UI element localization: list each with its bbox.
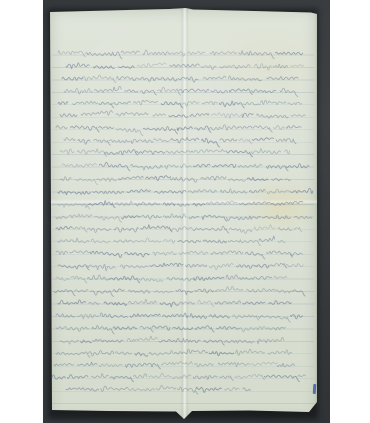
script-word-stroke [193, 164, 210, 167]
script-word-stroke [194, 277, 224, 281]
script-word-stroke [291, 315, 303, 319]
script-word-stroke [67, 375, 88, 379]
script-word-stroke [201, 176, 226, 180]
script-word-stroke [119, 66, 135, 68]
script-word-stroke [159, 338, 180, 342]
script-word-stroke [110, 376, 133, 381]
script-word-stroke [219, 101, 244, 108]
blue-ink-edge-mark [313, 384, 316, 394]
script-line [58, 299, 291, 307]
script-word-stroke [204, 340, 225, 345]
script-word-stroke [136, 151, 165, 155]
script-word-stroke [58, 102, 68, 105]
script-word-stroke [56, 126, 67, 129]
script-word-stroke [267, 251, 293, 257]
script-line [56, 275, 287, 283]
script-word-stroke [97, 178, 117, 182]
script-word-stroke [93, 339, 123, 342]
script-word-stroke [273, 64, 288, 68]
script-word-stroke [91, 239, 110, 243]
script-line [58, 188, 313, 194]
script-word-stroke [77, 149, 106, 156]
script-word-stroke [130, 314, 160, 317]
script-word-stroke [127, 190, 150, 193]
script-word-stroke [238, 164, 262, 167]
script-word-stroke [88, 201, 115, 208]
script-word-stroke [239, 202, 270, 205]
script-word-stroke [226, 275, 240, 279]
script-line [54, 362, 294, 369]
script-word-stroke [170, 64, 200, 67]
script-word-stroke [82, 75, 116, 82]
script-word-stroke [109, 140, 130, 143]
script-word-stroke [246, 289, 275, 293]
photo-background [43, 0, 330, 423]
script-word-stroke [211, 251, 243, 254]
script-word-stroke [171, 227, 192, 232]
script-word-stroke [254, 225, 275, 231]
script-word-stroke [269, 327, 285, 330]
script-word-stroke [56, 327, 88, 332]
script-word-stroke [287, 164, 310, 168]
script-word-stroke [115, 201, 132, 205]
script-line [58, 100, 301, 108]
script-line [58, 236, 285, 245]
script-word-stroke [81, 340, 92, 343]
script-word-stroke [229, 228, 252, 234]
script-word-stroke [101, 386, 128, 391]
script-word-stroke [193, 203, 205, 206]
script-word-stroke [181, 338, 201, 342]
script-word-stroke [58, 300, 86, 304]
script-word-stroke [195, 126, 212, 132]
script-word-stroke [274, 126, 285, 130]
script-word-stroke [95, 86, 122, 92]
script-word-stroke [220, 139, 237, 142]
script-word-stroke [88, 264, 115, 271]
script-word-stroke [137, 63, 166, 67]
script-word-stroke [189, 216, 199, 218]
script-word-stroke [211, 90, 227, 93]
script-word-stroke [60, 149, 74, 154]
script-word-stroke [58, 51, 85, 57]
script-word-stroke [294, 227, 302, 231]
script-word-stroke [152, 326, 170, 330]
script-word-stroke [58, 238, 89, 242]
script-word-stroke [252, 90, 276, 93]
script-word-stroke [90, 251, 122, 257]
script-word-stroke [56, 314, 75, 317]
script-line [56, 349, 292, 357]
script-word-stroke [87, 228, 111, 233]
script-word-stroke [215, 286, 242, 291]
script-word-stroke [140, 90, 156, 95]
script-word-stroke [132, 238, 161, 243]
script-line [56, 225, 302, 234]
script-word-stroke [202, 215, 227, 221]
script-line [60, 149, 290, 157]
script-line [56, 125, 301, 136]
script-word-stroke [193, 375, 217, 379]
script-word-stroke [285, 150, 290, 154]
script-line [62, 75, 298, 82]
script-word-stroke [244, 102, 260, 105]
script-word-stroke [131, 139, 153, 143]
script-word-stroke [264, 375, 299, 381]
script-word-stroke [73, 101, 98, 104]
script-word-stroke [135, 353, 148, 357]
script-word-stroke [116, 128, 143, 135]
script-word-stroke [183, 101, 199, 106]
script-word-stroke [58, 191, 90, 195]
script-word-stroke [104, 302, 127, 306]
script-line [64, 86, 298, 96]
script-word-stroke [157, 87, 180, 95]
script-word-stroke [151, 77, 177, 80]
script-word-stroke [210, 51, 236, 55]
script-word-stroke [66, 388, 99, 391]
script-word-stroke [261, 100, 286, 104]
script-word-stroke [236, 349, 265, 355]
script-word-stroke [203, 76, 225, 79]
script-word-stroke [113, 102, 131, 105]
script-word-stroke [154, 139, 169, 142]
script-word-stroke [54, 290, 75, 296]
script-word-stroke [186, 264, 207, 267]
script-word-stroke [56, 216, 68, 219]
script-word-stroke [216, 326, 238, 329]
script-word-stroke [241, 276, 272, 279]
script-word-stroke [202, 102, 217, 105]
script-word-stroke [213, 164, 236, 167]
script-word-stroke [235, 374, 265, 379]
script-word-stroke [269, 301, 291, 305]
script-word-stroke [119, 176, 144, 180]
script-word-stroke [179, 302, 194, 304]
script-word-stroke [257, 338, 283, 344]
letter-paper [49, 8, 317, 420]
script-word-stroke [196, 387, 221, 392]
script-word-stroke [120, 265, 148, 269]
script-word-stroke [268, 350, 292, 355]
script-word-stroke [95, 216, 122, 222]
script-word-stroke [233, 315, 259, 320]
script-word-stroke [52, 375, 65, 379]
script-word-stroke [81, 111, 112, 116]
script-word-stroke [114, 240, 132, 243]
script-word-stroke [141, 225, 173, 232]
script-word-stroke [291, 115, 305, 117]
script-word-stroke [129, 388, 155, 390]
script-word-stroke [150, 263, 183, 267]
script-word-stroke [160, 302, 178, 307]
script-word-stroke [62, 164, 97, 168]
script-word-stroke [206, 201, 237, 205]
script-word-stroke [280, 88, 298, 96]
script-word-stroke [298, 375, 305, 376]
script-word-stroke [172, 52, 185, 56]
script-word-stroke [224, 340, 254, 343]
script-word-stroke [192, 149, 226, 152]
script-word-stroke [64, 138, 75, 141]
script-word-stroke [179, 251, 208, 254]
script-word-stroke [60, 114, 77, 117]
script-word-stroke [71, 276, 87, 283]
script-word-stroke [251, 149, 280, 154]
script-word-stroke [229, 89, 252, 95]
script-word-stroke [113, 327, 137, 330]
script-word-stroke [243, 302, 265, 305]
script-line [62, 162, 309, 171]
script-word-stroke [163, 203, 175, 206]
script-word-stroke [94, 66, 115, 69]
script-word-stroke [109, 276, 140, 283]
script-word-stroke [209, 315, 229, 318]
script-word-stroke [56, 251, 68, 255]
script-word-stroke [210, 125, 239, 130]
script-line [58, 50, 303, 59]
script-word-stroke [245, 252, 264, 259]
script-word-stroke [161, 362, 192, 365]
script-word-stroke [166, 151, 192, 154]
script-word-stroke [70, 251, 91, 254]
script-word-stroke [272, 179, 283, 181]
script-word-stroke [239, 327, 268, 332]
script-word-stroke [268, 189, 289, 194]
script-word-stroke [291, 65, 304, 67]
script-word-stroke [173, 375, 191, 379]
script-line [60, 336, 284, 345]
script-word-stroke [286, 264, 303, 267]
script-word-stroke [195, 289, 214, 293]
script-word-stroke [113, 289, 124, 292]
script-word-stroke [271, 201, 303, 205]
script-word-stroke [99, 126, 114, 128]
script-word-stroke [122, 216, 141, 219]
script-word-stroke [114, 228, 138, 233]
script-word-stroke [180, 164, 191, 168]
script-word-stroke [140, 326, 153, 332]
script-word-stroke [105, 150, 138, 155]
script-word-stroke [237, 265, 255, 269]
script-word-stroke [275, 290, 293, 293]
script-word-stroke [58, 265, 89, 270]
script-word-stroke [69, 214, 92, 218]
script-line [60, 176, 290, 185]
script-word-stroke [91, 373, 108, 378]
script-word-stroke [91, 291, 114, 297]
script-word-stroke [203, 240, 226, 243]
script-word-stroke [129, 299, 157, 303]
script-word-stroke [77, 314, 98, 319]
script-word-stroke [146, 176, 171, 181]
script-word-stroke [178, 240, 201, 243]
script-word-stroke [177, 204, 189, 206]
script-word-stroke [228, 179, 245, 181]
script-word-stroke [153, 252, 177, 256]
script-word-stroke [278, 240, 285, 242]
script-word-stroke [220, 65, 250, 69]
script-word-stroke [60, 177, 71, 181]
script-word-stroke [99, 102, 114, 108]
script-word-stroke [77, 362, 97, 365]
script-word-stroke [177, 387, 198, 394]
script-word-stroke [89, 350, 114, 356]
script-word-stroke [259, 236, 274, 241]
script-word-stroke [193, 226, 229, 233]
script-word-stroke [171, 177, 197, 182]
script-word-stroke [190, 314, 207, 319]
script-word-stroke [243, 388, 251, 391]
script-word-stroke [195, 326, 214, 332]
script-word-stroke [88, 275, 109, 280]
script-word-stroke [142, 215, 162, 219]
script-word-stroke [58, 203, 90, 209]
script-word-stroke [291, 252, 302, 255]
script-word-stroke [220, 376, 234, 381]
script-word-stroke [250, 189, 266, 192]
script-word-stroke [126, 363, 161, 369]
script-word-stroke [190, 113, 209, 116]
script-word-stroke [194, 363, 213, 367]
script-word-stroke [252, 138, 273, 141]
script-word-stroke [257, 114, 288, 118]
script-word-stroke [134, 100, 158, 104]
script-word-stroke [125, 90, 138, 92]
script-word-stroke [274, 276, 287, 278]
script-word-stroke [167, 277, 194, 281]
script-word-stroke [239, 126, 273, 132]
script-word-stroke [121, 51, 139, 54]
script-word-stroke [188, 52, 205, 55]
script-word-stroke [209, 352, 233, 356]
script-word-stroke [255, 64, 272, 70]
script-word-stroke [125, 252, 149, 257]
script-word-stroke [239, 51, 274, 59]
script-word-stroke [86, 52, 122, 59]
script-word-stroke [202, 138, 220, 147]
script-word-stroke [177, 127, 192, 131]
script-word-stroke [62, 77, 83, 80]
script-word-stroke [229, 76, 262, 81]
script-word-stroke [247, 177, 268, 180]
script-word-stroke [270, 263, 287, 268]
script-word-stroke [143, 50, 171, 55]
script-word-stroke [100, 313, 127, 318]
script-word-stroke [131, 164, 163, 170]
script-word-stroke [251, 362, 278, 365]
script-word-stroke [71, 126, 100, 132]
script-word-stroke [78, 139, 90, 144]
script-word-stroke [179, 89, 209, 93]
script-word-stroke [176, 290, 193, 295]
script-word-stroke [290, 188, 313, 193]
script-word-stroke [262, 215, 290, 219]
script-word-stroke [161, 102, 183, 108]
script-word-stroke [164, 240, 175, 244]
script-word-stroke [259, 315, 291, 322]
script-word-stroke [293, 290, 305, 296]
script-line [66, 385, 251, 394]
script-word-stroke [143, 127, 177, 134]
script-word-stroke [198, 300, 214, 306]
script-line [58, 263, 303, 271]
script-word-stroke [149, 373, 171, 377]
script-line [54, 286, 305, 296]
script-word-stroke [173, 327, 194, 330]
script-line [66, 63, 304, 70]
script-word-stroke [157, 385, 176, 389]
script-word-stroke [256, 264, 269, 268]
script-word-stroke [209, 264, 233, 270]
script-word-stroke [75, 290, 89, 292]
script-word-stroke [201, 65, 216, 69]
script-word-stroke [239, 138, 252, 144]
script-word-stroke [227, 216, 261, 221]
script-word-stroke [116, 352, 132, 355]
script-word-stroke [127, 336, 157, 341]
script-word-stroke [174, 349, 208, 354]
script-word-stroke [149, 350, 173, 355]
script-line [56, 326, 285, 334]
script-word-stroke [277, 363, 294, 367]
script-word-stroke [64, 88, 92, 94]
script-word-stroke [117, 77, 151, 82]
script-line [56, 214, 312, 222]
script-word-stroke [129, 290, 150, 293]
script-word-stroke [171, 137, 199, 142]
script-word-stroke [189, 190, 217, 193]
script-word-stroke [116, 112, 148, 116]
script-word-stroke [99, 364, 122, 367]
script-word-stroke [74, 227, 87, 232]
script-word-stroke [215, 301, 241, 304]
script-word-stroke [60, 340, 79, 344]
script-word-stroke [155, 190, 186, 193]
script-word-stroke [99, 162, 130, 171]
script-word-stroke [148, 203, 160, 205]
script-word-stroke [89, 302, 99, 304]
script-word-stroke [56, 352, 90, 357]
script-word-stroke [275, 52, 302, 55]
script-word-stroke [154, 290, 173, 293]
script-word-stroke [139, 278, 163, 282]
script-line [64, 137, 296, 147]
script-word-stroke [164, 165, 178, 169]
script-word-stroke [163, 313, 188, 318]
script-word-stroke [164, 214, 186, 219]
script-word-stroke [225, 387, 240, 390]
script-word-stroke [66, 63, 89, 69]
script-word-stroke [286, 126, 301, 129]
script-word-stroke [276, 139, 296, 144]
script-word-stroke [54, 364, 74, 366]
script-word-stroke [278, 228, 292, 231]
script-word-stroke [228, 240, 260, 246]
script-line [52, 373, 305, 382]
script-word-stroke [94, 139, 111, 145]
script-word-stroke [227, 151, 253, 157]
script-line [60, 111, 305, 118]
script-word-stroke [267, 165, 288, 170]
script-word-stroke [56, 226, 72, 230]
script-word-stroke [242, 113, 253, 117]
script-word-stroke [218, 363, 249, 367]
script-word-stroke [178, 77, 198, 82]
script-word-stroke [285, 179, 290, 181]
script-line [58, 201, 303, 209]
script-word-stroke [76, 178, 98, 184]
